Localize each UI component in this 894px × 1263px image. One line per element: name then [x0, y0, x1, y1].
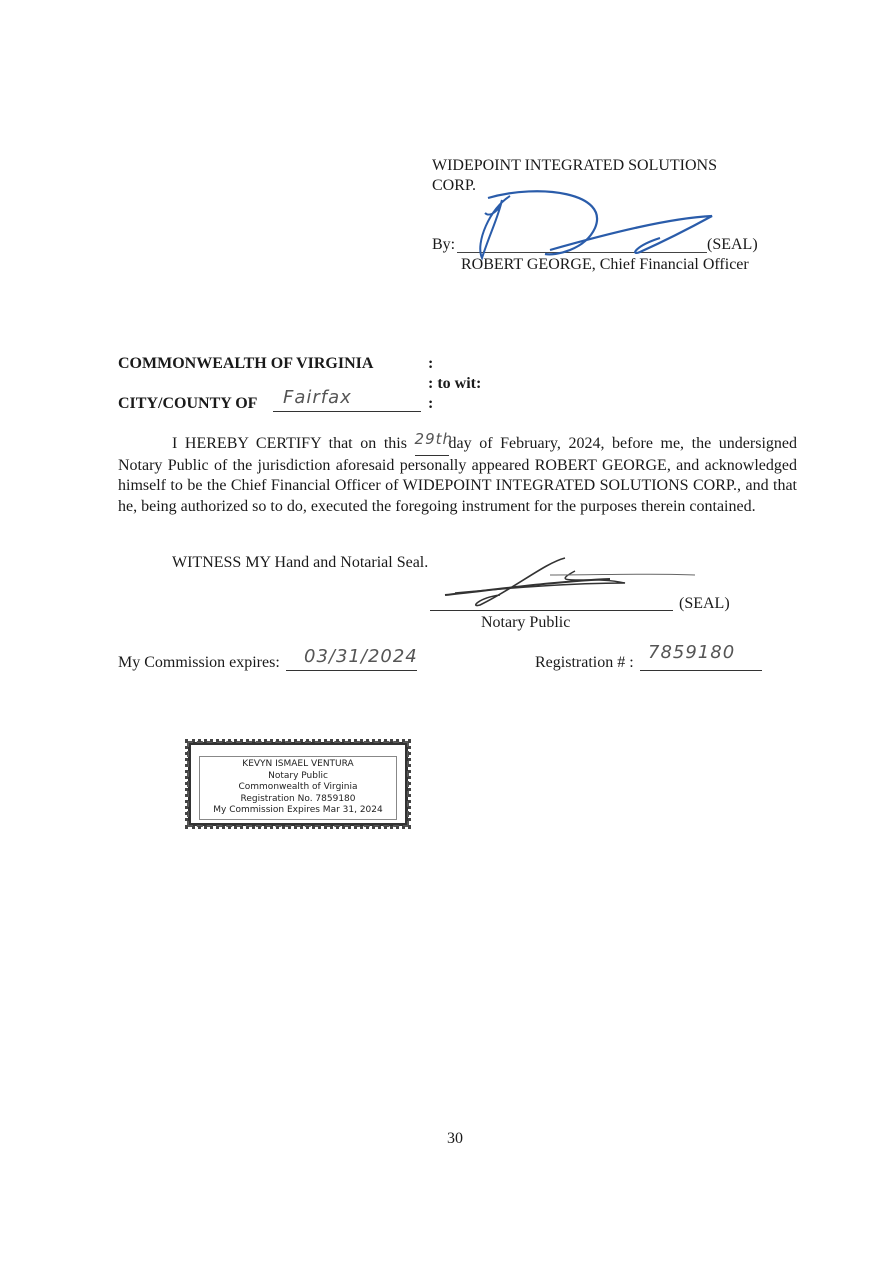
officer-signature — [460, 188, 730, 268]
notary-signature-line — [430, 610, 673, 611]
notary-public-label: Notary Public — [481, 613, 570, 633]
stamp-line: Notary Public — [200, 771, 396, 783]
certificate-part1: I HEREBY CERTIFY that on this — [172, 435, 407, 452]
page-number: 30 — [447, 1129, 463, 1149]
commission-value: 03/31/2024 — [304, 646, 418, 667]
notary-stamp: KEVYN ISMAEL VENTURA Notary Public Commo… — [188, 742, 408, 826]
registration-value: 7859180 — [648, 642, 735, 663]
venue-state: COMMONWEALTH OF VIRGINIA — [118, 354, 373, 374]
county-field-line — [273, 411, 421, 412]
witness-text: WITNESS MY Hand and Notarial Seal. — [172, 553, 428, 573]
notary-seal-label: (SEAL) — [679, 594, 730, 614]
certificate-paragraph: I HEREBY CERTIFY that on this 29thday of… — [118, 433, 797, 517]
stamp-line: Registration No. 7859180 — [200, 794, 396, 806]
venue-colon-1: : — [428, 354, 433, 374]
notary-signature — [440, 553, 700, 613]
venue-colon-2: : — [428, 394, 433, 414]
registration-label: Registration # : — [535, 653, 634, 673]
commission-label: My Commission expires: — [118, 653, 280, 673]
to-wit-label: : to wit: — [428, 374, 481, 394]
day-field: 29th — [415, 433, 449, 456]
stamp-line: Commonwealth of Virginia — [200, 782, 396, 794]
commission-field-line — [286, 670, 417, 671]
registration-field-line — [640, 670, 762, 671]
county-label: CITY/COUNTY OF — [118, 394, 257, 414]
company-name-line1: WIDEPOINT INTEGRATED SOLUTIONS — [432, 156, 717, 176]
stamp-line: My Commission Expires Mar 31, 2024 — [200, 805, 396, 817]
day-value: 29th — [415, 430, 453, 448]
by-label: By: — [432, 235, 455, 255]
stamp-line: KEVYN ISMAEL VENTURA — [200, 759, 396, 771]
county-value: Fairfax — [283, 387, 352, 408]
